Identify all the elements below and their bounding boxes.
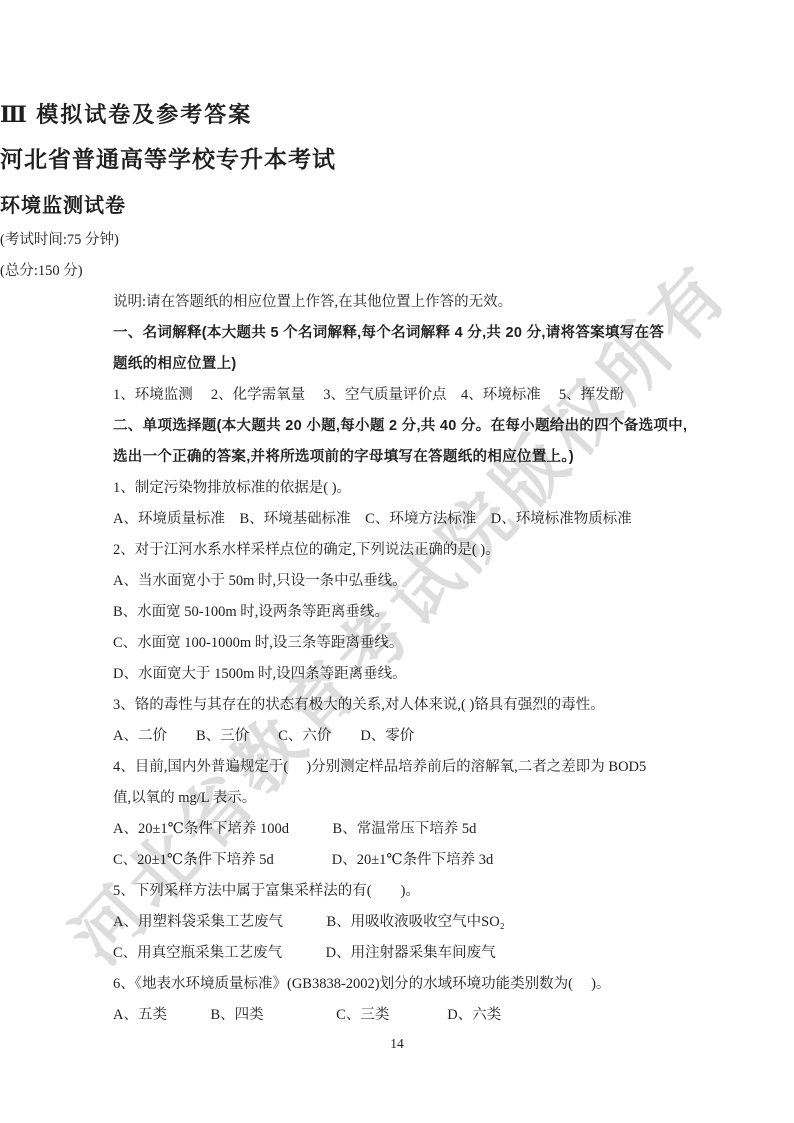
section1-terms: 1、环境监测 2、化学需氧量 3、空气质量评价点 4、环境标准 5、挥发酚 — [113, 380, 713, 411]
question4-stem-line1: 4、目前,国内外普遍规定于( )分别测定样品培养前后的溶解氧,二者之差即为 BO… — [113, 752, 713, 783]
section2-heading-line2: 选出一个正确的答案,并将所选项前的字母填写在答题纸的相应位置上。) — [113, 442, 713, 473]
exam-title: 河北省普通高等学校专升本考试 — [0, 141, 794, 174]
question6-stem: 6、《地表水环境质量标准》(GB3838-2002)划分的水域环境功能类别数为(… — [113, 969, 713, 1000]
question2-option-d: D、水面宽大于 1500m 时,设四条等距离垂线。 — [113, 659, 713, 690]
page-number: 14 — [0, 1036, 794, 1052]
question1-options: A、环境质量标准 B、环境基础标准 C、环境方法标准 D、环境标准物质标准 — [113, 504, 713, 535]
question2-option-c: C、水面宽 100-1000m 时,设三条等距离垂线。 — [113, 628, 713, 659]
question2-stem: 2、对于江河水系水样采样点位的确定,下列说法正确的是( )。 — [113, 535, 713, 566]
question5-options-ab: A、用塑料袋采集工艺废气 B、用吸收液吸收空气中SO₂ — [113, 907, 713, 938]
paper-title: 环境监测试卷 — [0, 189, 794, 218]
section1-heading-line2: 题纸的相应位置上) — [113, 349, 713, 380]
exam-time: (考试时间:75 分钟) — [0, 228, 794, 249]
exam-paper-page: 河北省教育考试院版权所有 Ⅲ 模拟试卷及参考答案 河北省普通高等学校专升本考试 … — [0, 0, 794, 1123]
section2-heading-line1: 二、单项选择题(本大题共 20 小题,每小题 2 分,共 40 分。在每小题给出… — [113, 411, 713, 442]
question5-options-cd: C、用真空瓶采集工艺废气 D、用注射器采集车间废气 — [113, 938, 713, 969]
total-score: (总分:150 分) — [0, 259, 794, 280]
question3-stem: 3、铬的毒性与其存在的状态有极大的关系,对人体来说,( )铬具有强烈的毒性。 — [113, 690, 713, 721]
question6-options: A、五类 B、四类 C、三类 D、六类 — [113, 1000, 713, 1031]
question5-stem: 5、下列采样方法中属于富集采样法的有( )。 — [113, 876, 713, 907]
exam-body: 说明:请在答题纸的相应位置上作答,在其他位置上作答的无效。 一、名词解释(本大题… — [113, 287, 713, 1031]
question4-stem-line2: 值,以氧的 mg/L 表示。 — [113, 783, 713, 814]
question2-option-a: A、当水面宽小于 50m 时,只设一条中弘垂线。 — [113, 566, 713, 597]
instruction-note: 说明:请在答题纸的相应位置上作答,在其他位置上作答的无效。 — [113, 287, 713, 318]
question2-option-b: B、水面宽 50-100m 时,设两条等距离垂线。 — [113, 597, 713, 628]
question4-options-cd: C、20±1℃条件下培养 5d D、20±1℃条件下培养 3d — [113, 845, 713, 876]
question3-options: A、二价 B、三价 C、六价 D、零价 — [113, 721, 713, 752]
section-heading: Ⅲ 模拟试卷及参考答案 — [0, 98, 794, 129]
section1-heading-line1: 一、名词解释(本大题共 5 个名词解释,每个名词解释 4 分,共 20 分,请将… — [113, 318, 713, 349]
question1-stem: 1、制定污染物排放标准的依据是( )。 — [113, 473, 713, 504]
question4-options-ab: A、20±1℃条件下培养 100d B、常温常压下培养 5d — [113, 814, 713, 845]
